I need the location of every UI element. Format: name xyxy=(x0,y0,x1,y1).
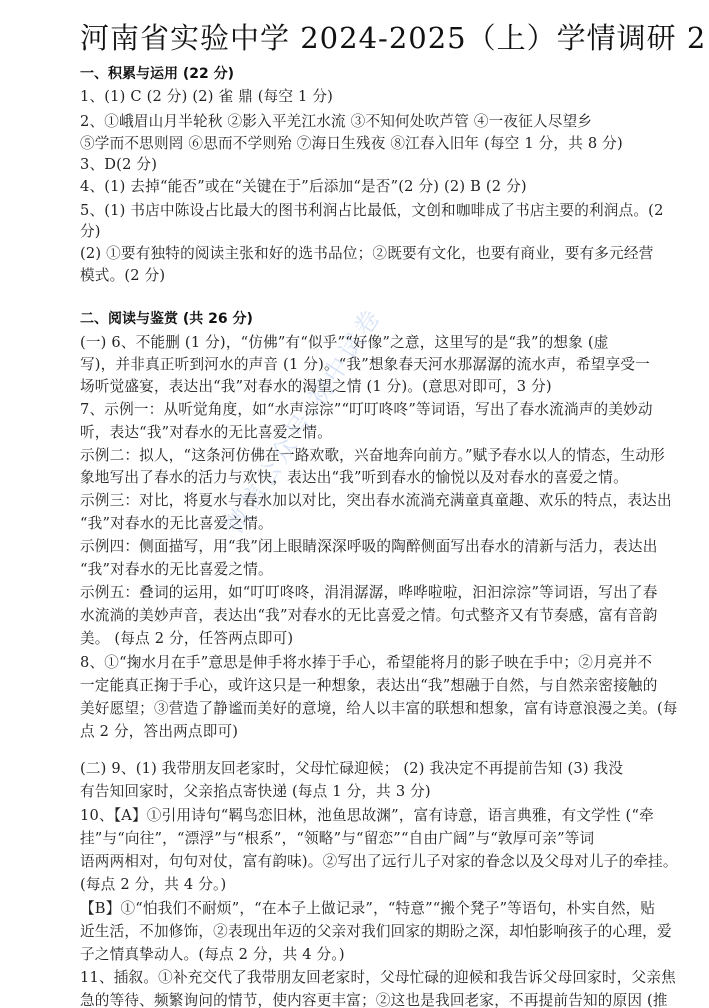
answer-line: (一) 6、不能删 (1 分)，“仿佛”有“似乎”“好像”之意，这里写的是“我”… xyxy=(80,333,609,353)
answer-line: 3、D(2 分) xyxy=(80,155,157,175)
answer-line: 5、(1) 书店中陈设占比最大的图书利润占比最低，文创和咖啡成了书店主要的利润点… xyxy=(80,201,664,221)
answer-line: 听，表达“我”对春水的无比喜爱之情。 xyxy=(80,423,332,443)
answer-line: 4、(1) 去掉“能否”或在“关键在于”后添加“是否”(2 分) (2) B (… xyxy=(80,177,527,197)
answer-key-page: 微信公众号:初中试卷 河南省实验中学 2024-2025（上）学情调研 2 一、… xyxy=(0,0,709,1008)
answer-line: 场听觉盛宴，表达出“我”对春水的渴望之情 (1 分)。(意思对即可，3 分) xyxy=(80,377,552,397)
answer-line: 美好愿望；③营造了静谧而美好的意境，给人以丰富的联想和想象，富有诗意浪漫之美。(… xyxy=(80,699,678,719)
answer-line: 有告知回家时，父亲掐点寄快递 (每点 1 分，共 3 分) xyxy=(80,782,431,802)
answer-line: 示例四：侧面描写，用“我”闭上眼睛深深呼吸的陶醉侧面写出春水的清新与活力，表达出 xyxy=(80,537,658,557)
page-title: 河南省实验中学 2024-2025（上）学情调研 2 xyxy=(80,20,706,56)
answer-line: 11、插叙。①补充交代了我带朋友回老家时，父母忙碌的迎候和我告诉父母回家时，父亲… xyxy=(80,968,676,988)
answer-line: (二) 9、(1) 我带朋友回老家时，父母忙碌迎候； (2) 我决定不再提前告知… xyxy=(80,759,623,779)
answer-line: (2) ①要有独特的阅读主张和好的选书品位；②既要有文化，也要有商业，要有多元经… xyxy=(80,244,653,264)
answer-line: 近生活，不加修饰，②表现出年迈的父亲对我们回家的期盼之深，却怕影响孩子的心理，爱 xyxy=(80,922,672,942)
answer-line: 10、【A】①引用诗句“羁鸟恋旧林，池鱼思故渊”，富有诗意，语言典雅，有文学性 … xyxy=(80,806,654,826)
answer-line: 语两两相对，句句对仗，富有韵味)。②写出了远行儿子对家的眷念以及父母对儿子的牵挂… xyxy=(80,852,678,872)
answer-line: 一定能真正掬于手心，或许这只是一种想象，表达出“我”想融于自然，与自然亲密接触的 xyxy=(80,676,658,696)
answer-line: 美。 (每点 2 分，任答两点即可) xyxy=(80,629,293,649)
answer-line: 1、(1) C (2 分) (2) 雀 鼎 (每空 1 分) xyxy=(80,87,333,107)
answer-line: 2、①峨眉山月半轮秋 ②影入平羌江水流 ③不知何处吹芦管 ④一夜征人尽望乡 xyxy=(80,112,592,132)
answer-line: ⑤学而不思则罔 ⑥思而不学则殆 ⑦海日生残夜 ⑧江春入旧年 (每空 1 分，共 … xyxy=(80,134,623,154)
answer-line: 象地写出了春水的活力与欢快，表达出“我”听到春水的愉悦以及对春水的喜爱之情。 xyxy=(80,468,628,488)
answer-line: 挂”与“向往”，“漂浮”与“根系”，“领略”与“留恋”“自由广阔”与“敦厚可亲”… xyxy=(80,829,594,849)
answer-line: (每点 2 分，共 4 分。) xyxy=(80,875,226,895)
answer-line: 示例三：对比，将夏水与春水加以对比，突出春水流淌充满童真童趣、欢乐的特点，表达出 xyxy=(80,491,672,511)
answer-line: 示例五：叠词的运用，如“叮叮咚咚，涓涓潺潺，哗哗啦啦，汩汩淙淙”等词语，写出了春 xyxy=(80,583,658,603)
answer-line: “我”对春水的无比喜爱之情。 xyxy=(80,560,273,580)
answer-line: 模式。(2 分) xyxy=(80,266,165,286)
answer-line: 水流淌的美妙声音，表达出“我”对春水的无比喜爱之情。句式整齐又有节奏感，富有音韵 xyxy=(80,606,658,626)
answer-line: “我”对春水的无比喜爱之情。 xyxy=(80,514,273,534)
answer-line: 【B】①“怕我们不耐烦”，“在本子上做记录”，“特意”“搬个凳子”等语句，朴实自… xyxy=(80,899,655,919)
answer-line: 示例二：拟人，“这条河仿佛在一路欢歌，兴奋地奔向前方。”赋予春水以人的情态，生动… xyxy=(80,446,665,466)
section-heading-2: 二、阅读与鉴赏 (共 26 分) xyxy=(80,309,253,329)
answer-line: 子之情真挚动人。(每点 2 分，共 4 分。) xyxy=(80,945,345,965)
answer-line: 点 2 分，答出两点即可) xyxy=(80,722,238,742)
answer-line: 7、示例一：从听觉角度，如“水声淙淙”“叮叮咚咚”等词语，写出了春水流淌声的美妙… xyxy=(80,400,653,420)
answer-line: 8、①“掬水月在手”意思是伸手将水捧于手心，希望能将月的影子映在手中；②月亮并不 xyxy=(80,653,652,673)
answer-line: 急的等待、频繁询问的情节，使内容更丰富；②这也是我回老家，不再提前告知的原因 (… xyxy=(80,991,668,1008)
answer-line: 写)，并非真正听到河水的声音 (1 分)。“我”想象春天河水那潺潺的流水声，希望… xyxy=(80,355,650,375)
section-heading-1: 一、积累与运用 (22 分) xyxy=(80,64,234,84)
answer-line: 分) xyxy=(80,222,101,242)
